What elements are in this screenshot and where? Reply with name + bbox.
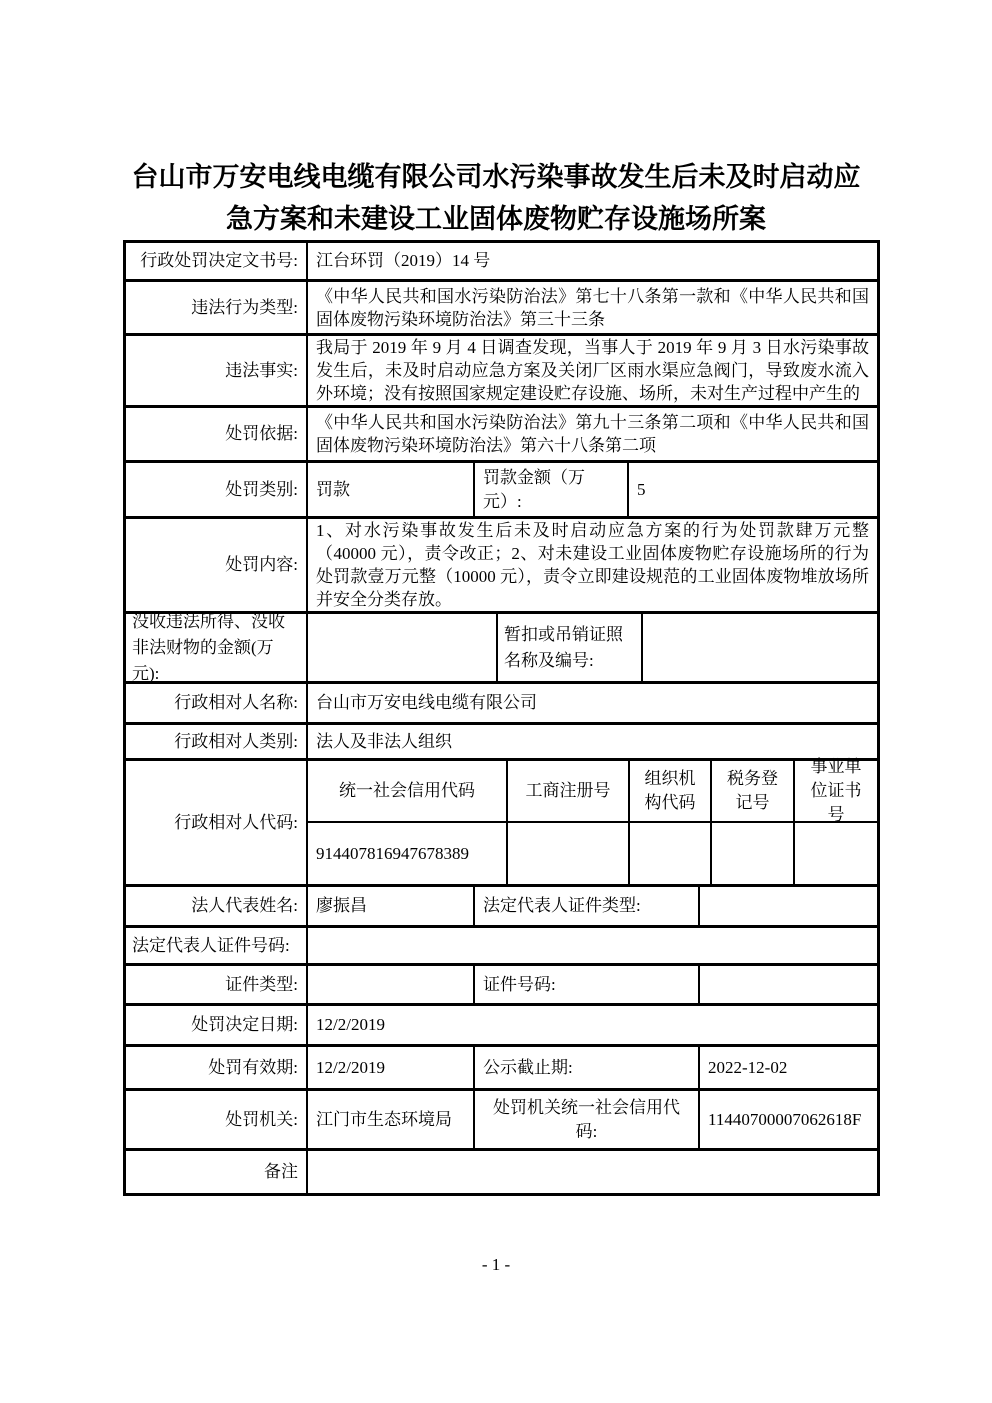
fine-amount-value: 5 <box>629 463 877 516</box>
penalty-category-label: 处罚类别: <box>126 463 308 516</box>
document-page: 台山市万安电线电缆有限公司水污染事故发生后未及时启动应急方案和未建设工业固体废物… <box>0 0 992 1403</box>
row-party-name: 行政相对人名称: 台山市万安电线电缆有限公司 <box>126 684 877 725</box>
party-codes-value-row: 914407816947678389 <box>308 823 877 884</box>
value-tax-reg-no <box>712 823 795 884</box>
penalty-content-value: 1、对水污染事故发生后未及时启动应急方案的行为处罚款肆万元整（40000 元），… <box>308 519 877 611</box>
cert-type-value <box>308 966 475 1003</box>
row-legal-rep: 法人代表姓名: 廖振昌 法定代表人证件类型: <box>126 887 877 928</box>
header-tax-reg-no: 税务登记号 <box>712 761 795 821</box>
row-remarks: 备注 <box>126 1151 877 1193</box>
validity-value: 12/2/2019 <box>308 1047 475 1088</box>
legal-rep-cert-no-label: 法定代表人证件号码: <box>126 928 308 963</box>
cert-type-label: 证件类型: <box>126 966 308 1003</box>
cert-no-value <box>700 966 877 1003</box>
violation-type-label: 违法行为类型: <box>126 282 308 333</box>
row-legal-rep-cert-no: 法定代表人证件号码: <box>126 928 877 966</box>
violation-type-value: 《中华人民共和国水污染防治法》第七十八条第一款和《中华人民共和国固体废物污染环境… <box>308 282 877 333</box>
party-codes-label: 行政相对人代码: <box>126 761 308 884</box>
party-codes-header-row: 统一社会信用代码 工商注册号 组织机构代码 税务登记号 事业单位证书号 <box>308 761 877 823</box>
validity-label: 处罚有效期: <box>126 1047 308 1088</box>
violation-facts-value: 我局于 2019 年 9 月 4 日调查发现，当事人于 2019 年 9 月 3… <box>308 336 877 405</box>
page-title: 台山市万安电线电缆有限公司水污染事故发生后未及时启动应急方案和未建设工业固体废物… <box>126 156 866 240</box>
license-revoke-label: 暂扣或吊销证照名称及编号: <box>498 614 643 681</box>
header-org-code: 组织机构代码 <box>630 761 712 821</box>
doc-no-label: 行政处罚决定文书号: <box>126 243 308 279</box>
header-institution-cert-no: 事业单位证书号 <box>795 761 877 821</box>
doc-no-value: 江台环罚（2019）14 号 <box>308 243 877 279</box>
row-violation-type: 违法行为类型: 《中华人民共和国水污染防治法》第七十八条第一款和《中华人民共和国… <box>126 282 877 336</box>
party-name-label: 行政相对人名称: <box>126 684 308 722</box>
decision-date-label: 处罚决定日期: <box>126 1006 308 1044</box>
remarks-label: 备注 <box>126 1151 308 1193</box>
row-penalty-category: 处罚类别: 罚款 罚款金额（万元）: 5 <box>126 463 877 519</box>
authority-uscc-label: 处罚机关统一社会信用代码: <box>475 1091 700 1148</box>
authority-value: 江门市生态环境局 <box>308 1091 475 1148</box>
remarks-value <box>308 1151 877 1193</box>
value-org-code <box>630 823 712 884</box>
row-validity: 处罚有效期: 12/2/2019 公示截止期: 2022-12-02 <box>126 1047 877 1091</box>
value-uscc: 914407816947678389 <box>308 823 508 884</box>
legal-rep-cert-type-value <box>700 887 877 925</box>
value-business-reg-no <box>508 823 630 884</box>
party-codes-subtable: 统一社会信用代码 工商注册号 组织机构代码 税务登记号 事业单位证书号 9144… <box>308 761 877 884</box>
row-penalty-basis: 处罚依据: 《中华人民共和国水污染防治法》第九十三条第二项和《中华人民共和国固体… <box>126 408 877 463</box>
row-penalty-content: 处罚内容: 1、对水污染事故发生后未及时启动应急方案的行为处罚款肆万元整（400… <box>126 519 877 614</box>
penalty-basis-value: 《中华人民共和国水污染防治法》第九十三条第二项和《中华人民共和国固体废物污染环境… <box>308 408 877 460</box>
authority-uscc-value: 11440700007062618F <box>700 1091 877 1148</box>
row-authority: 处罚机关: 江门市生态环境局 处罚机关统一社会信用代码: 11440700007… <box>126 1091 877 1151</box>
page-number: - 1 - <box>0 1255 992 1275</box>
confiscation-label: 没收违法所得、没收非法财物的金额(万元): <box>126 614 308 681</box>
row-decision-date: 处罚决定日期: 12/2/2019 <box>126 1006 877 1047</box>
party-type-label: 行政相对人类别: <box>126 725 308 758</box>
violation-facts-label: 违法事实: <box>126 336 308 405</box>
party-type-value: 法人及非法人组织 <box>308 725 877 758</box>
authority-label: 处罚机关: <box>126 1091 308 1148</box>
decision-date-value: 12/2/2019 <box>308 1006 877 1044</box>
header-uscc: 统一社会信用代码 <box>308 761 508 821</box>
license-revoke-value <box>643 614 877 681</box>
confiscation-value <box>308 614 498 681</box>
cert-no-label: 证件号码: <box>475 966 700 1003</box>
party-name-value: 台山市万安电线电缆有限公司 <box>308 684 877 722</box>
legal-rep-value: 廖振昌 <box>308 887 475 925</box>
publicity-deadline-label: 公示截止期: <box>475 1047 700 1088</box>
penalty-category-value: 罚款 <box>308 463 475 516</box>
row-violation-facts: 违法事实: 我局于 2019 年 9 月 4 日调查发现，当事人于 2019 年… <box>126 336 877 408</box>
row-cert: 证件类型: 证件号码: <box>126 966 877 1006</box>
penalty-content-label: 处罚内容: <box>126 519 308 611</box>
legal-rep-cert-no-value <box>308 928 877 963</box>
row-confiscation: 没收违法所得、没收非法财物的金额(万元): 暂扣或吊销证照名称及编号: <box>126 614 877 684</box>
header-business-reg-no: 工商注册号 <box>508 761 630 821</box>
legal-rep-cert-type-label: 法定代表人证件类型: <box>475 887 700 925</box>
publicity-deadline-value: 2022-12-02 <box>700 1047 877 1088</box>
row-party-type: 行政相对人类别: 法人及非法人组织 <box>126 725 877 761</box>
row-doc-no: 行政处罚决定文书号: 江台环罚（2019）14 号 <box>126 243 877 282</box>
legal-rep-label: 法人代表姓名: <box>126 887 308 925</box>
row-party-codes: 行政相对人代码: 统一社会信用代码 工商注册号 组织机构代码 税务登记号 事业单… <box>126 761 877 887</box>
penalty-table: 行政处罚决定文书号: 江台环罚（2019）14 号 违法行为类型: 《中华人民共… <box>123 240 880 1196</box>
fine-amount-label: 罚款金额（万元）: <box>475 463 629 516</box>
value-institution-cert-no <box>795 823 877 884</box>
penalty-basis-label: 处罚依据: <box>126 408 308 460</box>
